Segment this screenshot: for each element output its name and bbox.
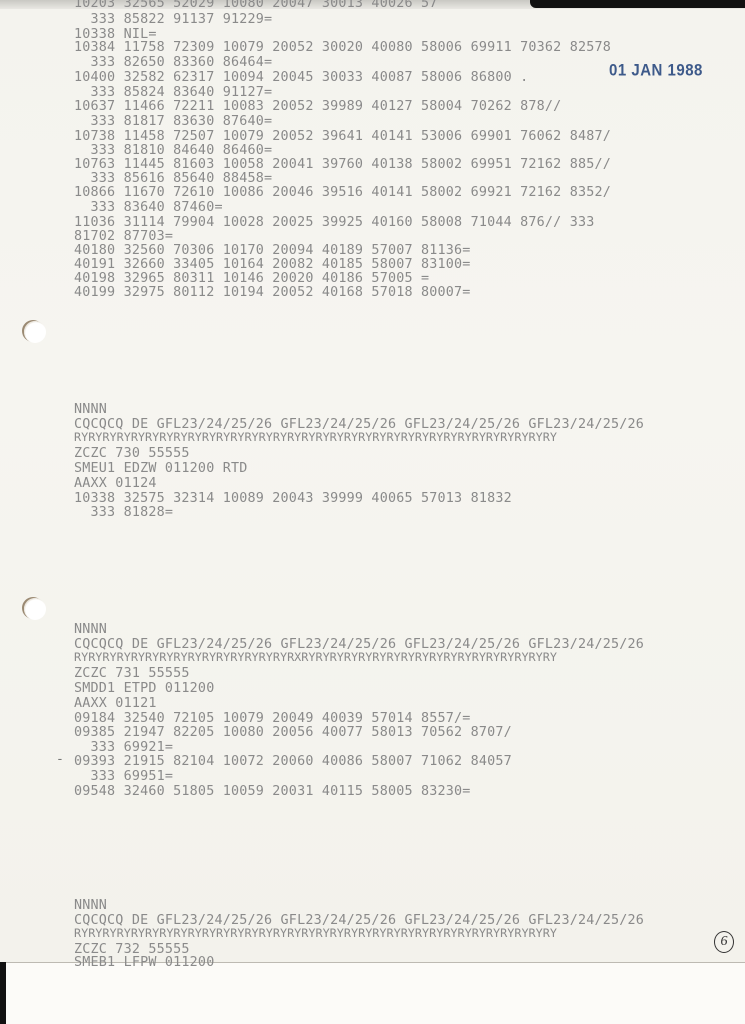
bulletin-line: 09393 21915 82104 10072 20060 40086 5800… [74,755,512,768]
bulletin-line: 10738 11458 72507 10079 20052 39641 4014… [74,130,611,143]
punch-hole [24,321,46,343]
punch-hole [24,598,46,620]
bulletin-line: 10763 11445 81603 10058 20041 39760 4013… [74,158,611,171]
margin-mark: - [56,752,64,767]
bulletin-line: ZCZC 731 55555 [74,667,190,680]
bulletin-line: 40198 32965 80311 10146 20020 40186 5700… [74,272,429,285]
bulletin-line: 333 85822 91137 91229= [74,13,272,26]
bulletin-line: NNNN [74,623,107,636]
bulletin-line: 10384 11758 72309 10079 20052 30020 4008… [74,41,611,54]
bulletin-line: SMDD1 ETPD 011200 [74,682,214,695]
bulletin-line: ZCZC 730 55555 [74,447,190,460]
bulletin-line: 09184 32540 72105 10079 20049 40039 5701… [74,712,471,725]
bulletin-line: RYRYRYRYRYRYRYRYRYRYRYRYRYRYRYRYRYRYRYRY… [74,432,557,444]
bulletin-line: 40191 32660 33405 10164 20082 40185 5800… [74,258,471,271]
bulletin-line: 10400 32582 62317 10094 20045 30033 4008… [74,71,528,84]
date-stamp: 01 JAN 1988 [609,61,703,80]
bulletin-line: 40199 32975 80112 10194 20052 40168 5701… [74,286,471,299]
bulletin-line: RYRYRYRYRYRYRYRYRYRYRYRYRYRYRYRYRYRYRYRY… [74,928,557,940]
bulletin-line: 333 85616 85640 88458= [74,172,272,185]
bulletin-line: 333 82650 83360 86464= [74,56,272,69]
bulletin-line: 333 69921= [74,741,173,754]
bulletin-line: 10338 32575 32314 10089 20043 39999 4006… [74,492,512,505]
bulletin-line: SMEU1 EDZW 011200 RTD [74,462,248,475]
bulletin-line: SMEB1 LFPW 011200 [74,956,214,969]
bulletin-line: 10637 11466 72211 10083 20052 39989 4012… [74,100,561,113]
bulletin-line: 10203 32565 52029 10080 20047 30013 4002… [74,0,438,10]
bulletin-line: RYRYRYRYRYRYRYRYRYRYRYRYRYRYRYRXRYRYRYRY… [74,652,557,664]
scan-blank-area [6,963,745,1024]
bulletin-line: 333 85824 83640 91127= [74,86,272,99]
bulletin-line: AAXX 01121 [74,697,157,710]
bulletin-line: 81702 87703= [74,230,173,243]
bulletin-line: 10866 11670 72610 10086 20046 39516 4014… [74,186,611,199]
page-number: 6 [714,931,734,953]
bulletin-line: 40180 32560 70306 10170 20094 40189 5700… [74,244,471,257]
bulletin-line: NNNN [74,403,107,416]
bulletin-line: 09385 21947 82205 10080 20056 40077 5801… [74,726,512,739]
bulletin-line: 333 69951= [74,770,173,783]
bulletin-line: 333 81828= [74,506,173,519]
bulletin-line: 11036 31114 79904 10028 20025 39925 4016… [74,216,595,229]
bulletin-line: 333 81817 83630 87640= [74,115,272,128]
bulletin-line: 333 81810 84640 86460= [74,144,272,157]
bulletin-line: AAXX 01124 [74,477,157,490]
bulletin-line: 09548 32460 51805 10059 20031 40115 5800… [74,785,471,798]
scan-top-dark-edge [530,0,745,8]
bulletin-line: 333 83640 87460= [74,201,223,214]
bulletin-line: NNNN [74,899,107,912]
